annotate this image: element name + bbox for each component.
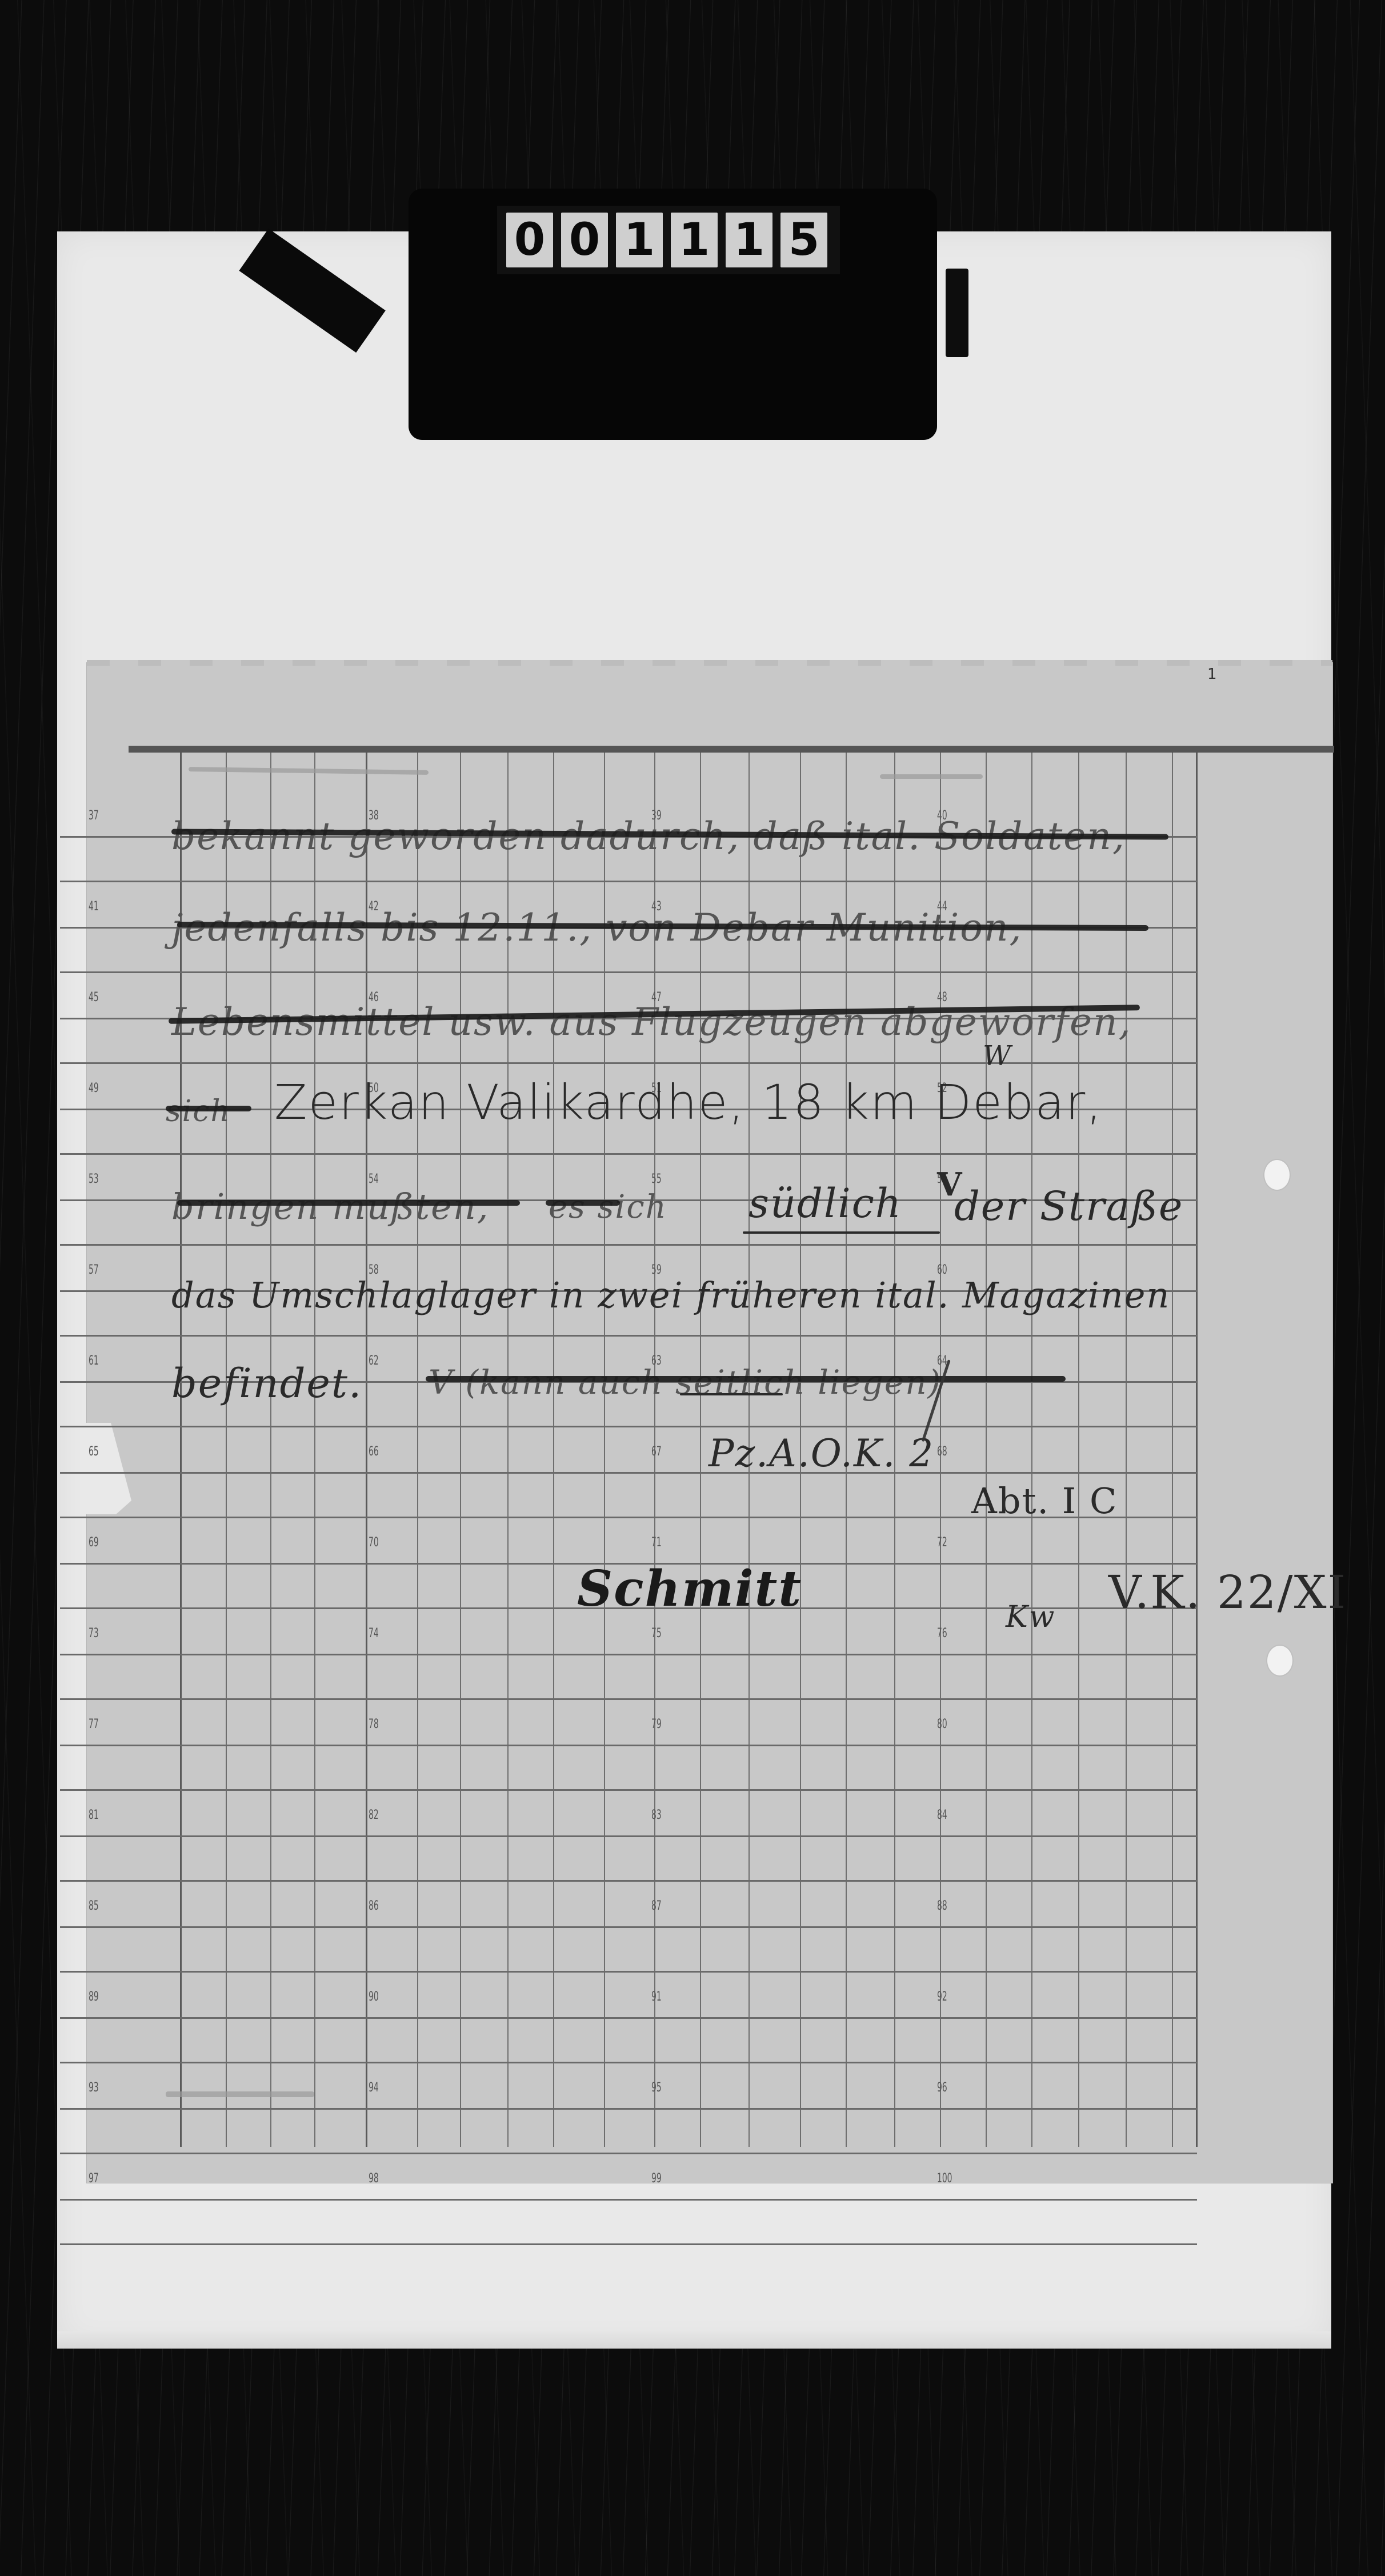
counter-digit: 1 [671,213,718,267]
grid-ruled-line [60,2108,1197,2110]
grid-ruled-line [60,1153,1197,1155]
handwriting-struck-words: es sich [549,1189,667,1226]
frame-counter-knob [946,269,968,357]
handwriting-underlined-word: südlich [748,1180,902,1227]
sheet-torn-edge [87,660,1332,666]
cell-number: 96 [937,2081,947,2095]
cell-number: 76 [937,1626,947,1641]
grid-column-line [507,753,509,2147]
punch-hole [1267,1646,1292,1675]
underline [743,1231,940,1234]
cell-number: 86 [369,1899,379,1913]
punch-hole [1264,1160,1290,1190]
cell-number: 66 [369,1445,379,1459]
grid-ruled-line [60,1244,1197,1246]
grid-column-line [460,753,461,2147]
counter-digit: 5 [780,213,827,267]
cell-number: 45 [89,990,99,1005]
strikethrough [546,1200,620,1206]
grid-ruled-line [60,1654,1197,1655]
grid-ruled-line [60,1426,1197,1427]
handwriting-line-7: befindet. [171,1360,362,1407]
grid-column-line [1126,753,1127,2147]
ink-smudge [880,774,983,779]
initials: Kw [1006,1600,1055,1634]
cell-number: 74 [369,1626,379,1641]
department-label: Abt. I C [971,1480,1118,1522]
grid-ruled-line [60,1971,1197,1973]
cell-number: 61 [89,1354,99,1368]
grid-ruled-line [60,1880,1197,1882]
grid-column-line [314,753,315,2147]
cell-number: 95 [651,2081,662,2095]
grid-ruled-line [60,2243,1197,2245]
cell-number: 81 [89,1808,99,1822]
cell-number: 57 [89,1263,99,1277]
grid-column-line [417,753,418,2147]
cell-number: 67 [651,1445,662,1459]
grid-ruled-line [60,1745,1197,1746]
counter-digit: 1 [616,213,663,267]
backing-card-edge [57,2331,1331,2349]
grid-column-line [1196,753,1198,2147]
handwriting-line-6: das Umschlaglager in zwei früheren ital.… [171,1274,1170,1316]
grid-column-line [604,753,605,2147]
handwriting-struck-words: bringen mußten, [171,1186,490,1227]
cell-number: 55 [651,1172,662,1186]
cell-number: 99 [651,2171,662,2186]
date-mark: V.K. 22/XI [1108,1566,1347,1619]
grid-column-line [986,753,987,2147]
grid-ruled-line [60,881,1197,882]
cell-number: 82 [369,1808,379,1822]
handwriting-insert-mark: W [983,1040,1012,1072]
cell-number: 73 [89,1626,99,1641]
strikethrough [426,1376,1066,1382]
grid-ruled-line [60,1789,1197,1791]
strikethrough [166,1106,251,1111]
grid-ruled-line [60,2017,1197,2019]
grid-column-line [1078,753,1079,2147]
grid-column-line [1031,753,1032,2147]
cell-number: 87 [651,1899,662,1913]
grid-ruled-line [60,1698,1197,1700]
cell-number: 54 [369,1172,379,1186]
cell-number: 65 [89,1445,99,1459]
cell-number: 62 [369,1354,379,1368]
cell-number: 49 [89,1081,99,1095]
cell-number: 70 [369,1535,379,1550]
grid-column-line [700,753,701,2147]
counter-digit: 0 [506,213,553,267]
grid-column-line [1172,753,1173,2147]
handwriting-line-4: Zerkan Valikardhe, 18 km Debar, [274,1074,1103,1130]
cell-number: 92 [937,1990,947,2004]
cell-number: 71 [651,1535,662,1550]
cell-number: 83 [651,1808,662,1822]
grid-ruled-line [60,1472,1197,1474]
grid-ruled-line [60,2062,1197,2063]
cell-number: 91 [651,1990,662,2004]
grid-column-line [366,753,367,2147]
grid-header-bar [129,746,1334,753]
sheet-corner-mark: 1 [1207,666,1217,683]
cell-number: 41 [89,899,99,914]
sender-unit: Pz.A.O.K. 2 [708,1431,934,1475]
underline [680,1393,783,1395]
cell-number: 90 [369,1990,379,2004]
grid-ruled-line [60,1926,1197,1928]
counter-digit: 1 [726,213,772,267]
cell-number: 68 [937,1445,947,1459]
grid-column-line [226,753,227,2147]
grid-column-line [180,753,182,2147]
cell-number: 84 [937,1808,947,1822]
cell-number: 97 [89,2171,99,2186]
strikethrough [177,1200,520,1206]
cell-number: 37 [89,809,99,823]
cell-number: 88 [937,1899,947,1913]
signature: Schmitt [577,1560,802,1618]
grid-ruled-line [60,2153,1197,2154]
cell-number: 75 [651,1626,662,1641]
cell-number: 94 [369,2081,379,2095]
cell-number: 77 [89,1717,99,1731]
cell-number: 53 [89,1172,99,1186]
cell-number: 80 [937,1717,947,1731]
ink-smudge [166,2091,314,2097]
counter-digit: 0 [561,213,608,267]
cell-number: 78 [369,1717,379,1731]
grid-ruled-line [60,1335,1197,1337]
handwriting-struck-word: sich [166,1094,231,1129]
frame-counter: 0 0 1 1 1 5 [497,206,840,274]
grid-ruled-line [60,971,1197,973]
grid-column-line [553,753,554,2147]
grid-ruled-line [60,2199,1197,2201]
handwriting-struck-note: V (kann auch seitlich liegen) [429,1363,942,1402]
cell-number: 79 [651,1717,662,1731]
cell-number: 72 [937,1535,947,1550]
grid-ruled-line [60,1062,1197,1064]
cell-number: 100 [937,2171,952,2186]
grid-column-line [270,753,271,2147]
cell-number: 93 [89,2081,99,2095]
cell-number: 85 [89,1899,99,1913]
numbered-grid: 3738394041424344454647484950515253545556… [129,746,1197,2151]
handwriting-line-5-rest: der Straße [954,1183,1183,1230]
cell-number: 69 [89,1535,99,1550]
cell-number: 98 [369,2171,379,2186]
grid-ruled-line [60,1835,1197,1837]
cell-number: 89 [89,1990,99,2004]
